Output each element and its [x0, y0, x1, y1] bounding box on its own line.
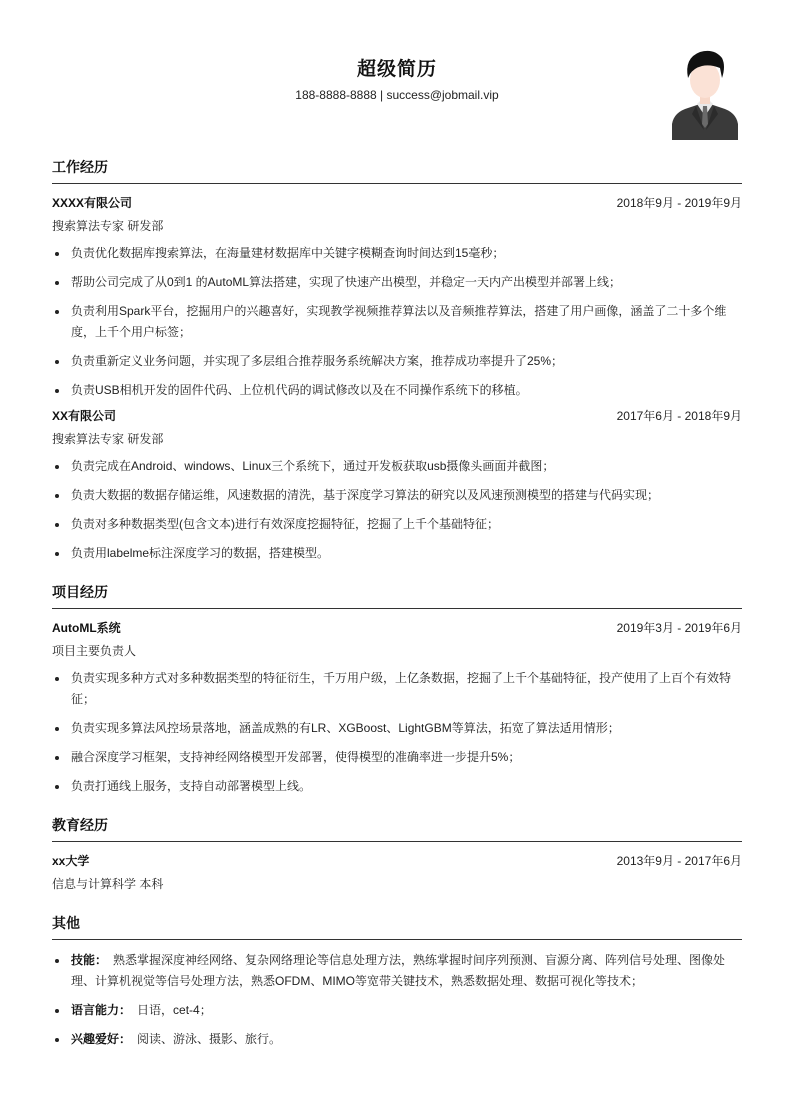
- date-range: 2019年3月 - 2019年6月: [617, 619, 742, 637]
- section-other: 其他 技能：熟悉掌握深度神经网络、复杂网络理论等信息处理方法，熟练掌握时间序列预…: [52, 913, 742, 1050]
- hobbies-text: 阅读、游泳、摄影、旅行。: [137, 1032, 281, 1046]
- list-item-skills: 技能：熟悉掌握深度神经网络、复杂网络理论等信息处理方法，熟练掌握时间序列预测、盲…: [52, 950, 742, 992]
- list-item: 负责用labelme标注深度学习的数据，搭建模型。: [52, 543, 742, 564]
- resume-page: 超级简历 188-8888-8888 | success@jobmail.vip: [52, 0, 742, 1058]
- work-entry: XX有限公司 2017年6月 - 2018年9月 搜索算法专家 研发部 负责完成…: [52, 407, 742, 564]
- section-education: 教育经历 xx大学 2013年9月 - 2017年6月 信息与计算科学 本科: [52, 815, 742, 893]
- list-item: 负责对多种数据类型(包含文本)进行有效深度挖掘特征，挖掘了上千个基础特征；: [52, 514, 742, 535]
- contact-info: 188-8888-8888 | success@jobmail.vip: [52, 88, 742, 102]
- education-entry: xx大学 2013年9月 - 2017年6月 信息与计算科学 本科: [52, 852, 742, 893]
- languages-label: 语言能力：: [71, 1003, 131, 1017]
- section-title-work: 工作经历: [52, 157, 742, 184]
- date-range: 2017年6月 - 2018年9月: [617, 407, 742, 425]
- project-entry: AutoML系统 2019年3月 - 2019年6月 项目主要负责人 负责实现多…: [52, 619, 742, 797]
- list-item: 负责优化数据库搜索算法，在海量建材数据库中关键字模糊查询时间达到15毫秒；: [52, 243, 742, 264]
- avatar: [670, 44, 740, 140]
- work-entry: XXXX有限公司 2018年9月 - 2019年9月 搜索算法专家 研发部 负责…: [52, 194, 742, 401]
- date-range: 2018年9月 - 2019年9月: [617, 194, 742, 212]
- list-item: 负责USB相机开发的固件代码、上位机代码的调试修改以及在不同操作系统下的移植。: [52, 380, 742, 401]
- section-title-other: 其他: [52, 913, 742, 940]
- project-role: 项目主要负责人: [52, 642, 742, 660]
- languages-text: 日语，cet-4；: [137, 1003, 212, 1017]
- list-item: 负责大数据的数据存储运维，风速数据的清洗，基于深度学习算法的研究以及风速预测模型…: [52, 485, 742, 506]
- avatar-man-icon: [670, 44, 740, 140]
- company-name: XXXX有限公司: [52, 194, 132, 212]
- bullet-list: 负责完成在Android、windows、Linux三个系统下，通过开发板获取u…: [52, 456, 742, 564]
- list-item: 负责重新定义业务问题，并实现了多层组合推荐服务系统解决方案，推荐成功率提升了25…: [52, 351, 742, 372]
- skills-text: 熟悉掌握深度神经网络、复杂网络理论等信息处理方法，熟练掌握时间序列预测、盲源分离…: [71, 953, 725, 988]
- major-degree: 信息与计算科学 本科: [52, 875, 742, 893]
- job-role: 搜索算法专家 研发部: [52, 430, 742, 448]
- list-item: 融合深度学习框架，支持神经网络模型开发部署，使得模型的准确率进一步提升5%；: [52, 747, 742, 768]
- bullet-list: 负责优化数据库搜索算法，在海量建材数据库中关键字模糊查询时间达到15毫秒； 帮助…: [52, 243, 742, 401]
- date-range: 2013年9月 - 2017年6月: [617, 852, 742, 870]
- skills-label: 技能：: [71, 953, 107, 967]
- section-work: 工作经历 XXXX有限公司 2018年9月 - 2019年9月 搜索算法专家 研…: [52, 157, 742, 564]
- list-item: 负责利用Spark平台，挖掘用户的兴趣喜好，实现教学视频推荐算法以及音频推荐算法…: [52, 301, 742, 343]
- list-item: 负责完成在Android、windows、Linux三个系统下，通过开发板获取u…: [52, 456, 742, 477]
- school-name: xx大学: [52, 852, 89, 870]
- section-projects: 项目经历 AutoML系统 2019年3月 - 2019年6月 项目主要负责人 …: [52, 582, 742, 797]
- list-item: 负责实现多种方式对多种数据类型的特征衍生，千万用户级，上亿条数据，挖掘了上千个基…: [52, 668, 742, 710]
- bullet-list: 负责实现多种方式对多种数据类型的特征衍生，千万用户级，上亿条数据，挖掘了上千个基…: [52, 668, 742, 797]
- candidate-name: 超级简历: [52, 54, 742, 81]
- section-title-projects: 项目经历: [52, 582, 742, 609]
- project-name: AutoML系统: [52, 619, 121, 637]
- hobbies-label: 兴趣爱好：: [71, 1032, 131, 1046]
- resume-header: 超级简历 188-8888-8888 | success@jobmail.vip: [52, 0, 742, 148]
- list-item: 负责打通线上服务，支持自动部署模型上线。: [52, 776, 742, 797]
- list-item: 帮助公司完成了从0到1 的AutoML算法搭建，实现了快速产出模型，并稳定一天内…: [52, 272, 742, 293]
- section-title-education: 教育经历: [52, 815, 742, 842]
- list-item: 负责实现多算法风控场景落地，涵盖成熟的有LR、XGBoost、LightGBM等…: [52, 718, 742, 739]
- company-name: XX有限公司: [52, 407, 116, 425]
- bullet-list: 技能：熟悉掌握深度神经网络、复杂网络理论等信息处理方法，熟练掌握时间序列预测、盲…: [52, 950, 742, 1050]
- list-item-hobbies: 兴趣爱好：阅读、游泳、摄影、旅行。: [52, 1029, 742, 1050]
- job-role: 搜索算法专家 研发部: [52, 217, 742, 235]
- list-item-languages: 语言能力：日语，cet-4；: [52, 1000, 742, 1021]
